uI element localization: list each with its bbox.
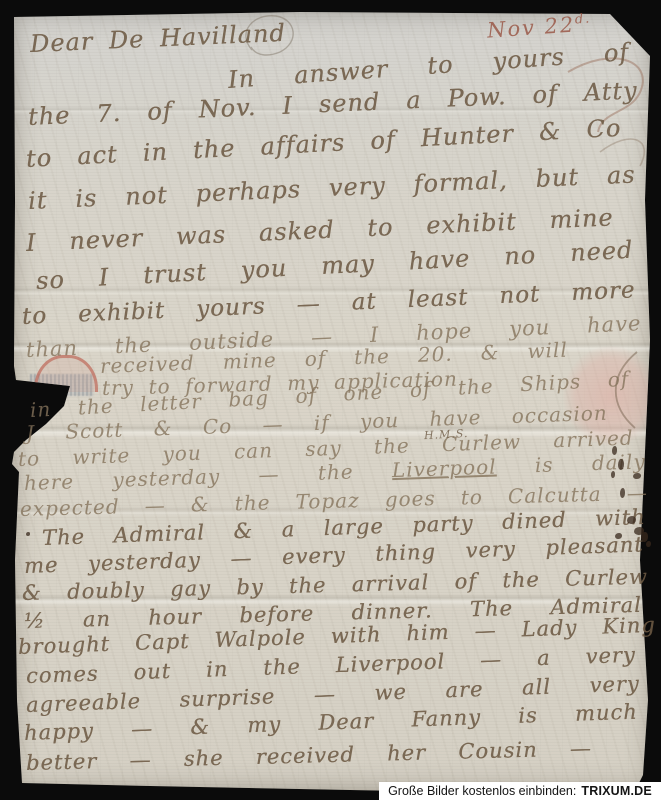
watermark-bar: Große Bilder kostenlos einbinden: TRIXUM… <box>379 782 661 800</box>
underlined-ship-name: Liverpool <box>392 455 497 483</box>
ink-blot <box>646 541 651 547</box>
ink-blot <box>26 532 30 536</box>
ink-blot <box>615 533 622 539</box>
salutation: Dear De Havilland <box>29 19 286 58</box>
ink-blot <box>620 488 625 498</box>
date-suffix: d. <box>574 11 591 27</box>
handwriting-layer: Nov 22d. Dear De Havilland In answer to … <box>0 0 661 800</box>
ink-blot <box>633 473 641 479</box>
letter-line: better — she received her Cousin — <box>26 736 592 775</box>
ink-blot <box>612 446 617 455</box>
hms-annotation: H.M.S. <box>424 427 469 442</box>
date-annotation: Nov 22d. <box>486 11 592 42</box>
date-text: Nov 22 <box>486 13 576 43</box>
ink-blot <box>627 516 636 524</box>
watermark-text: Große Bilder kostenlos einbinden: <box>388 784 576 798</box>
scanned-letter-photo: Nov 22d. Dear De Havilland In answer to … <box>0 0 661 800</box>
ink-blot <box>618 459 624 470</box>
watermark-brand: TRIXUM.DE <box>581 784 652 798</box>
ink-blot <box>611 471 615 478</box>
